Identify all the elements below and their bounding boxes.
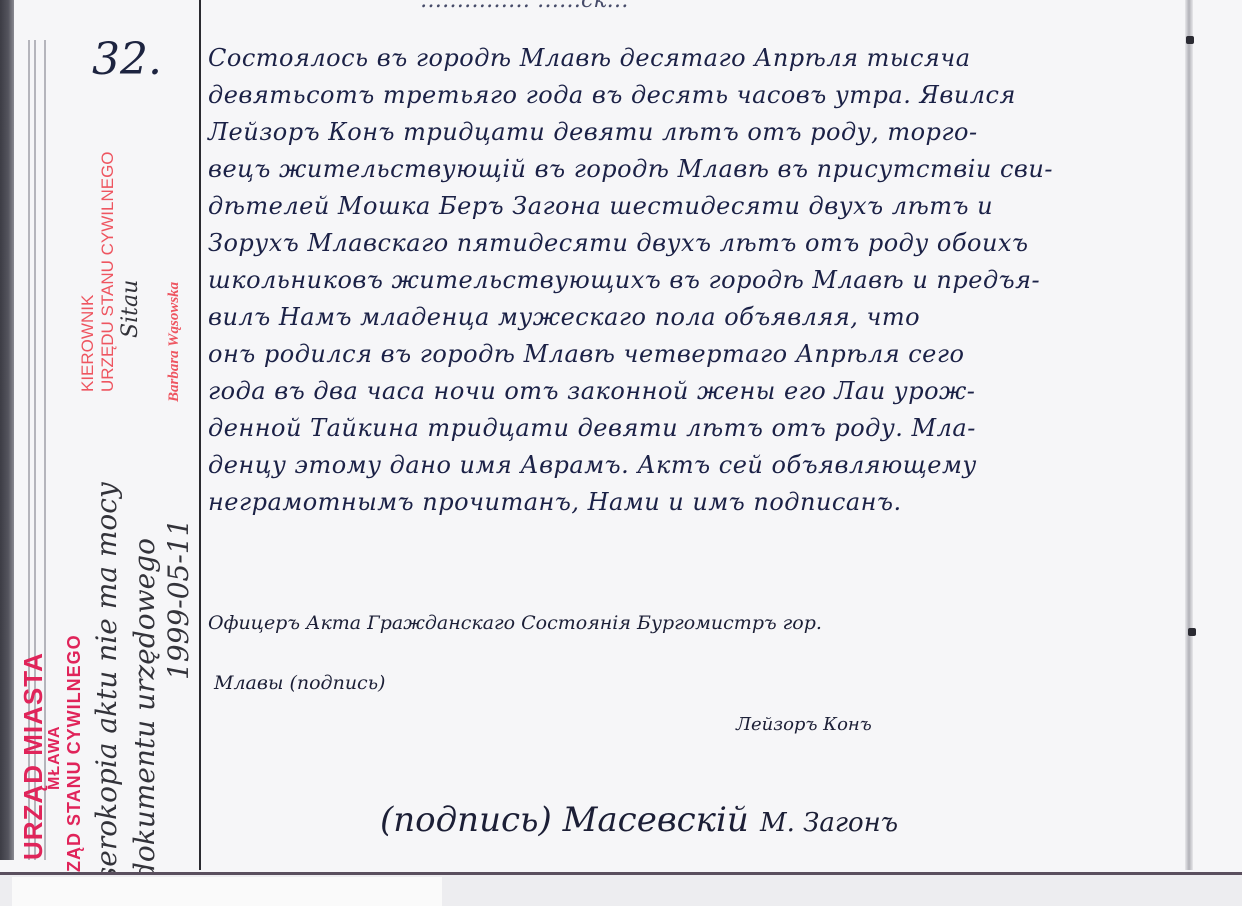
scan-bottom-edge [0,872,1242,906]
office-stamp-line3: URZĄD STANU CYWILNEGO [64,634,85,900]
body-line: школьниковъ жительствующихъ въ городѣ Мл… [208,262,1178,299]
margin-rule [199,0,201,870]
registrar-title: Офицеръ Акта Гражданскаго Состоянія Бург… [208,612,822,634]
declarant-signature: Лейзоръ Конъ [736,714,872,735]
certification-note-line1: Kserokopia aktu nie ma mocy [90,482,123,902]
head-stamp-line2: URZĘDU STANU CYWILNEGO [98,151,118,392]
staple-mark [1188,628,1196,636]
document-page: …………… ……ск… 32. URZĄD MIASTA MŁAWA URZĄD… [0,0,1242,872]
previous-record-fragment: …………… ……ск… [420,0,628,13]
body-line: денцу этому дано имя Аврамъ. Актъ сей об… [208,447,1178,484]
body-line: Лейзоръ Конъ тридцати девяти лѣтъ отъ ро… [208,114,1178,151]
body-line: вилъ Намъ младенца мужескаго пола объявл… [208,299,1178,336]
head-stamp-name: Barbara Wąsowska [166,282,183,402]
body-line: Зорухъ Млавскаго пятидесяти двухъ лѣтъ о… [208,225,1178,262]
page-fold-edge [1185,0,1193,870]
registrar-signature-line: Млавы (подпись) [214,672,385,694]
body-line: неграмотнымъ прочитанъ, Нами и имъ подпи… [208,484,1178,521]
witness-signature-1: (подпись) Масевскій [380,800,749,840]
body-line: девятьсотъ третьяго года въ десять часов… [208,77,1178,114]
body-line: денной Тайкина тридцати девяти лѣтъ отъ … [208,410,1178,447]
body-line: года въ два часа ночи отъ законной жены … [208,373,1178,410]
witness-signature-2: М. Загонъ [760,808,898,838]
scan-bottom-paper [12,877,442,906]
record-body: Состоялось въ городѣ Млавѣ десятаго Апрѣ… [208,40,1178,521]
certification-date: 1999-05-11 [162,519,195,680]
record-number: 32. [92,34,162,85]
official-initials: Sitau [118,280,143,338]
staple-mark [1186,36,1194,44]
body-line: вецъ жительствующій въ городѣ Млавѣ въ п… [208,151,1178,188]
body-line: дѣтелей Мошка Беръ Загона шестидесяти дв… [208,188,1178,225]
binding-shadow [0,0,14,860]
certification-note-line2: dokumentu urzędowego [128,538,161,880]
office-stamp-line2: MŁAWA [46,725,64,790]
office-stamp-line1: URZĄD MIASTA [18,652,49,860]
body-line: онъ родился въ городѣ Млавѣ четвертаго А… [208,336,1178,373]
head-stamp-line1: KIEROWNIK [78,295,98,392]
body-line: Состоялось въ городѣ Млавѣ десятаго Апрѣ… [208,40,1178,77]
